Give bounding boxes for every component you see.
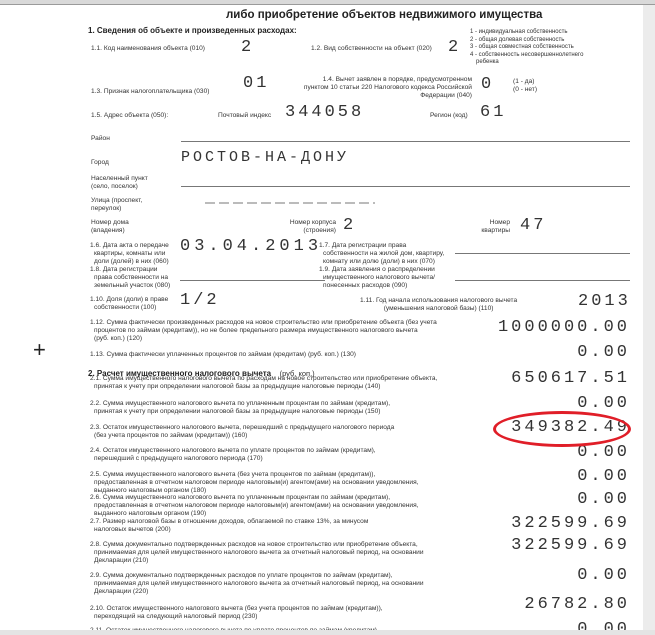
building-label-line: (строения)	[270, 227, 336, 235]
f090-label-line: 1.9. Дата заявления о распределении	[319, 266, 435, 274]
section2-row-value: 0.00	[440, 566, 630, 585]
apartment-label: Номер квартиры	[470, 219, 510, 235]
f090-label-line: понесенных расходов (090)	[319, 282, 435, 290]
building-label-line: Номер корпуса	[270, 219, 336, 227]
f090-field-line	[455, 280, 630, 281]
section2-row-value: 0.00	[440, 490, 630, 509]
street-label-line: Улица (проспект,	[91, 197, 142, 205]
section2-row-label-line: (без учета процентов по займам (кредитам…	[90, 432, 394, 440]
f070-label-line: 1.7. Дата регистрации права	[319, 242, 444, 250]
ownership-legend: 1 - индивидуальная собственность 2 - общ…	[470, 29, 583, 67]
street-label-line: переулок)	[91, 205, 142, 213]
postal-index-value: 344058	[285, 103, 364, 122]
section2-row-label-line: налоговых вычетов (200)	[90, 526, 368, 534]
section2-row-value: 26782.80	[440, 595, 630, 614]
section2-row-label-line: переходящий на следующий налоговый перио…	[90, 613, 383, 621]
section2-row-label-line: Декларации (220)	[90, 588, 424, 596]
f040-value: 0	[481, 75, 494, 94]
f100-label-line: 1.10. Доля (доли) в праве	[90, 296, 168, 304]
f120-label-line: 1.12. Сумма фактически произведенных рас…	[90, 319, 437, 327]
section2-row-label-line: 2.8. Сумма документально подтвержденных …	[90, 541, 424, 549]
f040-legend: (1 - да) (0 - нет)	[513, 78, 537, 94]
f040-label-line: пунктом 10 статьи 220 Налогового кодекса…	[270, 84, 472, 92]
section2-row-label: 2.7. Размер налоговой базы в отношении д…	[90, 518, 368, 534]
section2-row-label: 2.3. Остаток имущественного налогового в…	[90, 424, 394, 440]
f040-label-line: Федерации (040)	[270, 92, 472, 100]
f080-label: 1.8. Дата регистрации права собственност…	[90, 266, 170, 290]
city-value: РОСТОВ-НА-ДОНУ	[181, 149, 349, 166]
street-label: Улица (проспект, переулок)	[91, 197, 142, 213]
f080-label-line: земельный участок (080)	[90, 282, 170, 290]
section2-row-label-line: 2.5. Сумма имущественного налогового выч…	[90, 471, 418, 479]
f120-value: 1000000.00	[440, 318, 630, 337]
section2-row-label-line: 2.4. Остаток имущественного налогового в…	[90, 447, 376, 455]
f110-label-line: (уменьшения налоговой базы) (110)	[360, 305, 517, 313]
f010-label: 1.1. Код наименования объекта (010)	[91, 45, 205, 53]
f110-label-line: 1.11. Год начала использования налоговог…	[360, 297, 517, 305]
apartment-label-line: квартиры	[470, 227, 510, 235]
f100-value: 1/2	[180, 291, 220, 310]
region-value: 61	[480, 103, 506, 122]
f090-label-line: имущественного налогового вычета/	[319, 274, 435, 282]
f050-label: 1.5. Адрес объекта (050):	[91, 112, 168, 120]
section1-heading: 1. Сведения об объекте и произведенных р…	[88, 26, 297, 35]
section2-row-label-line: 2.10. Остаток имущественного налогового …	[90, 605, 383, 613]
f110-value: 2013	[578, 292, 631, 311]
section2-row-label-line: 2.2. Сумма имущественного налогового выч…	[90, 400, 390, 408]
section2-row-label-line: 2.9. Сумма документально подтвержденных …	[90, 572, 424, 580]
f060-label-line: квартиры, комнаты или	[90, 250, 169, 258]
building-value: 2	[343, 216, 356, 235]
apartment-value: 47	[520, 216, 546, 235]
f130-label: 1.13. Сумма фактически уплаченных процен…	[90, 351, 356, 359]
section2-row-value: 0.00	[440, 620, 630, 630]
section2-row-label: 2.11. Остаток имущественного налогового …	[90, 627, 379, 630]
house-label-line: Номер дома	[91, 219, 129, 227]
f040-legend-line: (1 - да)	[513, 78, 537, 86]
region-label: Регион (код)	[430, 112, 468, 120]
section2-row-label-line: предоставленная в отчетном налоговом пер…	[90, 502, 418, 510]
settlement-label: Населенный пункт (село, поселок)	[91, 175, 148, 191]
f120-label: 1.12. Сумма фактически произведенных рас…	[90, 319, 437, 343]
f060-label: 1.6. Дата акта о передаче квартиры, комн…	[90, 242, 169, 266]
section2-row-value: 322599.69	[440, 536, 630, 555]
settlement-label-line: (село, поселок)	[91, 183, 148, 191]
section2-row-label-line: перешедший с предыдущего налогового пери…	[90, 455, 376, 463]
f130-value: 0.00	[440, 343, 630, 362]
section2-row-label-line: принятая к учету при определении налогов…	[90, 408, 390, 416]
section2-row-label: 2.10. Остаток имущественного налогового …	[90, 605, 383, 621]
f040-label: 1.4. Вычет заявлен в порядке, предусмотр…	[270, 76, 472, 100]
f060-value: 03.04.2013	[180, 237, 322, 256]
f070-label-line: комнату или долю (доли) в них (070)	[319, 258, 444, 266]
section2-row-label: 2.6. Сумма имущественного налогового выч…	[90, 494, 418, 518]
viewer-bottom-bar	[0, 630, 655, 635]
section2-row-label-line: предоставленная в отчетном налоговом пер…	[90, 479, 418, 487]
section2-row-label: 2.5. Сумма имущественного налогового выч…	[90, 471, 418, 495]
f100-label: 1.10. Доля (доли) в праве собственности …	[90, 296, 168, 312]
f120-label-line: процентов по займам (кредитам)), но не б…	[90, 327, 437, 335]
f060-label-line: 1.6. Дата акта о передаче	[90, 242, 169, 250]
section2-row-label: 2.2. Сумма имущественного налогового выч…	[90, 400, 390, 416]
f090-label: 1.9. Дата заявления о распределении имущ…	[319, 266, 435, 290]
f080-label-line: права собственности на	[90, 274, 170, 282]
section2-row-label-line: выданного налоговым органом (190)	[90, 510, 418, 518]
document-title: либо приобретение объектов недвижимого и…	[226, 9, 542, 21]
settlement-label-line: Населенный пункт	[91, 175, 148, 183]
district-field-line	[181, 141, 630, 142]
street-value-redacted	[205, 202, 375, 204]
section2-row-label: 2.8. Сумма документально подтвержденных …	[90, 541, 424, 565]
section2-row-label-line: принятая к учету при определении налогов…	[90, 383, 437, 391]
f070-label: 1.7. Дата регистрации права собственност…	[319, 242, 444, 266]
section2-row-label-line: 2.7. Размер налоговой базы в отношении д…	[90, 518, 368, 526]
f060-label-line: доли (долей) в них (060)	[90, 258, 169, 266]
section2-row-label: 2.1. Сумма имущественного налогового выч…	[90, 375, 437, 391]
legend-line: 3 - общая совместная собственность	[470, 44, 583, 52]
f080-label-line: 1.8. Дата регистрации	[90, 266, 170, 274]
settlement-field-line	[181, 186, 630, 187]
building-label: Номер корпуса (строения)	[270, 219, 336, 235]
section2-row-value: 650617.51	[440, 369, 630, 388]
f040-label-line: 1.4. Вычет заявлен в порядке, предусмотр…	[270, 76, 472, 84]
section2-row-label: 2.4. Остаток имущественного налогового в…	[90, 447, 376, 463]
section2-row-label-line: 2.6. Сумма имущественного налогового выч…	[90, 494, 418, 502]
f080-field-line	[180, 280, 325, 281]
f110-label: 1.11. Год начала использования налоговог…	[360, 297, 517, 313]
house-label: Номер дома (владения)	[91, 219, 129, 235]
crosshair-icon: +	[33, 337, 46, 363]
f030-value: 01	[243, 74, 269, 93]
red-highlight-ellipse	[493, 411, 631, 447]
section2-row-label-line: 2.3. Остаток имущественного налогового в…	[90, 424, 394, 432]
house-label-line: (владения)	[91, 227, 129, 235]
viewer-scrollbar-track[interactable]	[643, 5, 655, 630]
f020-label: 1.2. Вид собственности на объект (020)	[311, 45, 432, 53]
f010-value: 2	[241, 38, 254, 57]
section2-row-label: 2.9. Сумма документально подтвержденных …	[90, 572, 424, 596]
apartment-label-line: Номер	[470, 219, 510, 227]
city-label: Город	[91, 159, 109, 167]
legend-line: 4 - собственность несовершеннолетнего	[470, 52, 583, 60]
f040-legend-line: (0 - нет)	[513, 86, 537, 94]
section2-row-label-line: Декларации (210)	[90, 557, 424, 565]
f070-label-line: собственности на жилой дом, квартиру,	[319, 250, 444, 258]
f070-field-line	[455, 253, 630, 254]
legend-line: ребенка	[470, 59, 583, 67]
postal-index-label: Почтовый индекс	[218, 112, 271, 120]
district-label: Район	[91, 135, 110, 143]
section2-row-label-line: 2.11. Остаток имущественного налогового …	[90, 627, 379, 630]
section2-row-label-line: принимаемая для целей имущественного нал…	[90, 549, 424, 557]
section2-row-value: 322599.69	[440, 514, 630, 533]
section2-row-label-line: 2.1. Сумма имущественного налогового выч…	[90, 375, 437, 383]
f030-label: 1.3. Признак налогоплательщика (030)	[91, 88, 209, 96]
f020-value: 2	[448, 38, 461, 57]
legend-line: 2 - общая долевая собственность	[470, 37, 583, 45]
section2-row-label-line: принимаемая для целей имущественного нал…	[90, 580, 424, 588]
f120-label-line: (руб. коп.) (120)	[90, 335, 437, 343]
section2-row-value: 0.00	[440, 394, 630, 413]
document-page: либо приобретение объектов недвижимого и…	[0, 5, 643, 630]
section2-row-value: 0.00	[440, 467, 630, 486]
f100-label-line: собственности (100)	[90, 304, 168, 312]
legend-line: 1 - индивидуальная собственность	[470, 29, 583, 37]
section2-row-value: 0.00	[440, 443, 630, 462]
